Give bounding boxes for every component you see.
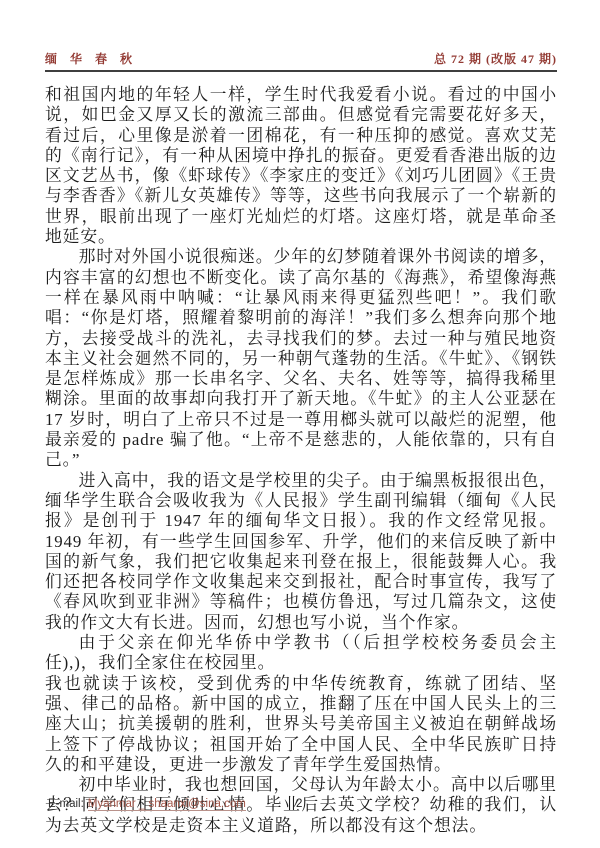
paragraph-1: 和祖国内地的年轻人一样，学生时代我爱看小说。看过的中国小说，如巴金又厚又长的激流…	[45, 85, 557, 247]
page-footer: E-mail:Myanmar _ shaanxi@sina.com 2	[48, 798, 557, 810]
page-number: 2	[296, 798, 302, 810]
email-link[interactable]: Myanmar _ shaanxi@sina.com	[88, 798, 246, 811]
document-body: 和祖国内地的年轻人一样，学生时代我爱看小说。看过的中国小说，如巴金又厚又长的激流…	[45, 85, 557, 836]
journal-title: 缅 华 春 秋	[45, 50, 137, 67]
issue-info: 总 72 期 (改版 47 期)	[434, 50, 557, 67]
paragraph-2: 那时对外国小说很痴迷。少年的幻梦随着课外书阅读的增多，内容丰富的幻想也不断变化。…	[45, 247, 557, 470]
email-label: E-mail:	[48, 798, 84, 810]
paragraph-4: 由于父亲在仰光华侨中学教书（（后担学校校务委员会主任),)，我们全家住在校园里。	[45, 633, 557, 674]
document-page: 缅 华 春 秋 总 72 期 (改版 47 期) 和祖国内地的年轻人一样，学生时…	[0, 0, 600, 848]
paragraph-3: 进入高中，我的语文是学校里的尖子。由于编黑板报很出色，缅华学生联合会吸收我为《人…	[45, 471, 557, 633]
header-divider	[45, 70, 557, 72]
page-header: 缅 华 春 秋 总 72 期 (改版 47 期)	[45, 50, 557, 67]
paragraph-5: 我也就读于该校，受到优秀的中华传统教育，练就了团结、坚强、律己的品格。新中国的成…	[45, 674, 557, 775]
